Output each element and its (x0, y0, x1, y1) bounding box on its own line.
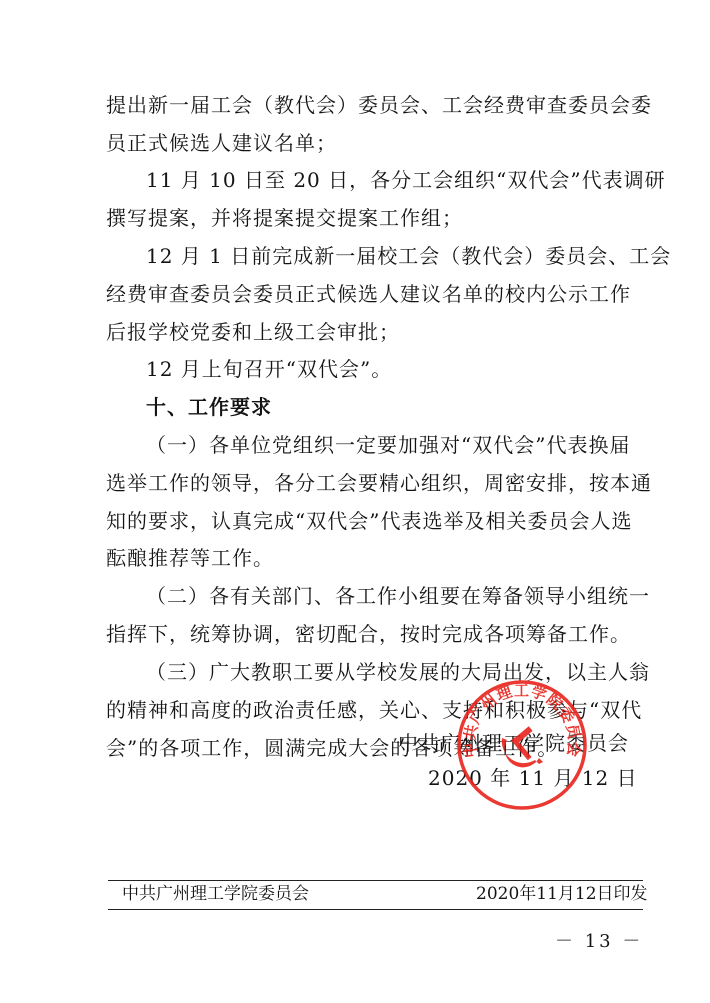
body-text-line: 选举工作的领导，各分工会要精心组织，周密安排，按本通 (106, 464, 606, 502)
body-text-line: 知的要求，认真完成“双代会”代表选举及相关委员会人选 (106, 502, 606, 540)
section-heading: 十、工作要求 (146, 388, 606, 426)
signature-date: 2020 年 11 月 12 日 (428, 763, 638, 793)
footer-top-rule (108, 880, 643, 881)
body-text-line: 员正式候选人建议名单； (106, 124, 606, 162)
body-text-line: （二）各有关部门、各工作小组要在筹备领导小组统一 (146, 577, 606, 615)
document-page: 提出新一届工会（教代会）委员会、工会经费审查委员会委员正式候选人建议名单；11 … (0, 0, 710, 1003)
body-text-line: 提出新一届工会（教代会）委员会、工会经费审查委员会委 (106, 86, 606, 124)
footer-bottom-rule (108, 909, 643, 910)
footer-issue-date: 2020年11月12日印发 (476, 882, 648, 906)
body-text-line: （三）广大教职工要从学校发展的大局出发，以主人翁 (146, 653, 606, 691)
body-text-line: 指挥下，统筹协调，密切配合，按时完成各项筹备工作。 (106, 615, 606, 653)
body-text-line: 12 月 1 日前完成新一届校工会（教代会）委员会、工会 (146, 237, 606, 275)
body-text-line: 经费审查委员会委员正式候选人建议名单的校内公示工作 (106, 275, 606, 313)
body-text-line: 12 月上旬召开“双代会”。 (146, 350, 606, 388)
body-text-line: 酝酿推荐等工作。 (106, 539, 606, 577)
body-text-line: 11 月 10 日至 20 日，各分工会组织“双代会”代表调研 (146, 161, 606, 199)
body-text-line: 撰写提案，并将提案提交提案工作组； (106, 199, 606, 237)
body-text-line: （一）各单位党组织一定要加强对“双代会”代表换届 (146, 426, 606, 464)
footer-issuer: 中共广州理工学院委员会 (122, 882, 309, 906)
body-text-line: 后报学校党委和上级工会审批； (106, 313, 606, 351)
page-number: － 13 － (555, 930, 643, 954)
signature-organization: 中共广州理工学院委员会 (398, 728, 629, 758)
body-text-line: 的精神和高度的政治责任感，关心、支持和积极参与“双代 (106, 691, 606, 729)
